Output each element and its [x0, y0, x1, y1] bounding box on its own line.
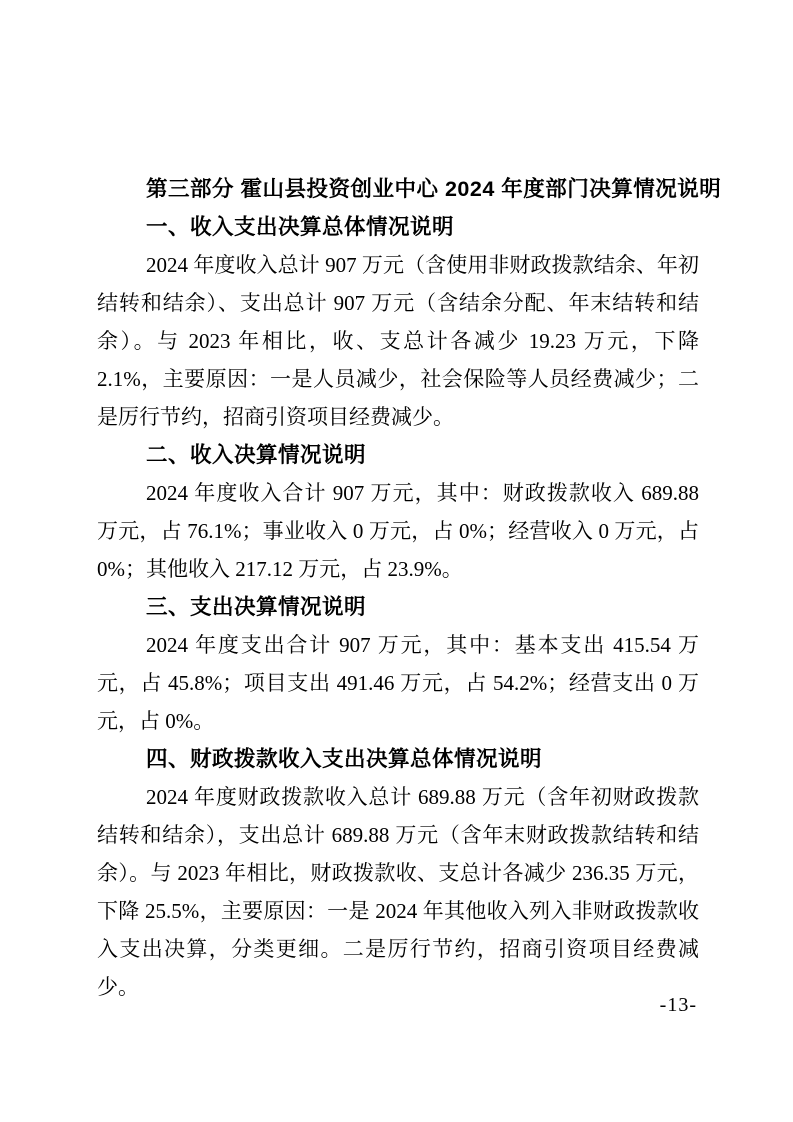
- section-3-heading: 三、支出决算情况说明: [97, 588, 699, 626]
- section-1-heading: 一、收入支出决算总体情况说明: [97, 208, 699, 246]
- section-income-expenditure-overview: 一、收入支出决算总体情况说明 2024 年度收入总计 907 万元（含使用非财政…: [97, 208, 699, 436]
- document-content: 第三部分 霍山县投资创业中心 2024 年度部门决算情况说明 一、收入支出决算总…: [97, 170, 699, 1006]
- section-1-paragraph: 2024 年度收入总计 907 万元（含使用非财政拨款结余、年初结转和结余）、支…: [97, 246, 699, 436]
- section-4-paragraph: 2024 年度财政拨款收入总计 689.88 万元（含年初财政拨款结转和结余），…: [97, 778, 699, 1006]
- section-income-details: 二、收入决算情况说明 2024 年度收入合计 907 万元，其中：财政拨款收入 …: [97, 436, 699, 588]
- section-4-heading: 四、财政拨款收入支出决算总体情况说明: [97, 740, 699, 778]
- document-title: 第三部分 霍山县投资创业中心 2024 年度部门决算情况说明: [97, 170, 699, 208]
- section-fiscal-appropriation-overview: 四、财政拨款收入支出决算总体情况说明 2024 年度财政拨款收入总计 689.8…: [97, 740, 699, 1006]
- page-number: -13-: [660, 992, 697, 1018]
- section-2-paragraph: 2024 年度收入合计 907 万元，其中：财政拨款收入 689.88 万元，占…: [97, 474, 699, 588]
- section-expenditure-details: 三、支出决算情况说明 2024 年度支出合计 907 万元，其中：基本支出 41…: [97, 588, 699, 740]
- section-3-paragraph: 2024 年度支出合计 907 万元，其中：基本支出 415.54 万元，占 4…: [97, 626, 699, 740]
- document-page: 第三部分 霍山县投资创业中心 2024 年度部门决算情况说明 一、收入支出决算总…: [0, 0, 793, 1122]
- section-2-heading: 二、收入决算情况说明: [97, 436, 699, 474]
